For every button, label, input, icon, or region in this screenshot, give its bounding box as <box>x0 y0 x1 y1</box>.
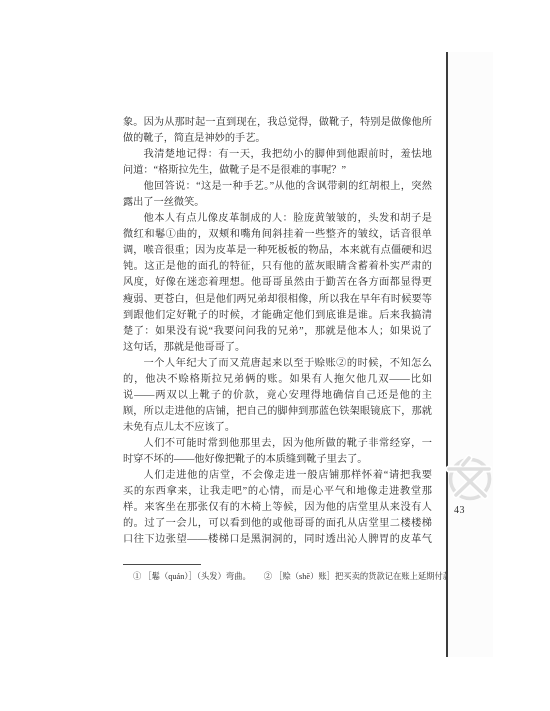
text-line: 的。过了一会儿，可以看到他的或他哥哥的面孔从店堂里二楼楼梯 <box>123 516 432 532</box>
text-line: 楚了：如果没有说“我要问问我的兄弟”，那就是他本人；如果说了 <box>123 324 432 340</box>
footnote-item: ② ［赊（shē）账］把买卖的货款记在账上延期付款。 <box>264 571 460 583</box>
text-line: 调，喉音很重；因为皮革是一种死板板的物品，本来就有点僵硬和迟 <box>123 243 432 259</box>
text-line: 风度，好像在迷恋着理想。他哥哥虽然由于勤苦在各方面都显得更 <box>123 275 432 291</box>
margin-rule <box>446 52 448 657</box>
wen-seal-watermark-icon <box>444 453 496 505</box>
text-line: 这句话，那就是他哥哥了。 <box>123 340 432 356</box>
text-line: 买的东西拿来，让我走吧”的心情，而是心平气和地像走进教堂那 <box>123 484 432 500</box>
text-line: 我清楚地记得：有一天，我把幼小的脚伸到他跟前时，羞怯地 <box>123 147 432 163</box>
text-line: 瘦弱、更苍白，但是他们两兄弟却很相像，所以我在早年有时候要等 <box>123 292 432 308</box>
text-line: 做的靴子，简直是神妙的手艺。 <box>123 131 432 147</box>
text-line: 钝。这正是他的面孔的特征，只有他的蓝灰眼睛含蓄着朴实严肃的 <box>123 259 432 275</box>
text-line: 微红和鬈①曲的，双颊和嘴角间斜挂着一些整齐的皱纹，话音很单 <box>123 227 432 243</box>
footnote-separator <box>123 564 201 565</box>
text-line: 顾，所以走进他的店铺，把自己的脚伸到那蓝色铁架眼镜底下，那就 <box>123 404 432 420</box>
outer-margin <box>448 52 493 657</box>
footnotes: ① ［鬈（quán）］（头发）弯曲。② ［赊（shē）账］把买卖的货款记在账上延… <box>133 571 433 583</box>
text-line: 时穿不坏的——他好像把靴子的本质缝到靴子里去了。 <box>123 452 432 468</box>
text-line: 说——两双以上靴子的价款，竟心安理得地确信自己还是他的主 <box>123 388 432 404</box>
text-line: 他回答说：“这是一种手艺。”从他的含讽带刺的红胡根上，突然 <box>123 179 432 195</box>
text-line: 到跟他们定好靴子的时候，才能确定他们到底谁是谁。后来我搞清 <box>123 308 432 324</box>
text-line: 一个人年纪大了而又荒唐起来以至于赊账②的时候，不知怎么 <box>123 356 432 372</box>
text-line: 的，他决不赊格斯拉兄弟俩的账。如果有人拖欠他几双——比如 <box>123 372 432 388</box>
text-line: 口往下边张望——楼梯口是黑洞洞的，同时透出沁人脾胃的皮革气 <box>123 532 432 548</box>
page-number: 43 <box>454 504 465 517</box>
text-line: 样。来客坐在那张仅有的木椅上等候，因为他的店堂里从来没有人 <box>123 500 432 516</box>
book-page: 象。因为从那时起一直到现在，我总觉得，做靴子，特别是做像他所做的靴子，简直是神妙… <box>0 0 550 711</box>
text-line: 他本人有点儿像皮革制成的人：脸庞黄皱皱的，头发和胡子是 <box>123 211 432 227</box>
text-line: 人们走进他的店堂，不会像走进一般店铺那样怀着“请把我要 <box>123 468 432 484</box>
body-text: 象。因为从那时起一直到现在，我总觉得，做靴子，特别是做像他所做的靴子，简直是神妙… <box>123 115 432 548</box>
text-line: 象。因为从那时起一直到现在，我总觉得，做靴子，特别是做像他所 <box>123 115 432 131</box>
text-line: 未免有点儿太不应该了。 <box>123 420 432 436</box>
text-line: 问道：“格斯拉先生，做靴子是不是很难的事呢？” <box>123 163 432 179</box>
footnote-item: ① ［鬈（quán）］（头发）弯曲。 <box>133 571 251 583</box>
text-line: 人们不可能时常到他那里去，因为他所做的靴子非常经穿，一 <box>123 436 432 452</box>
text-line: 露出了一丝微笑。 <box>123 195 432 211</box>
